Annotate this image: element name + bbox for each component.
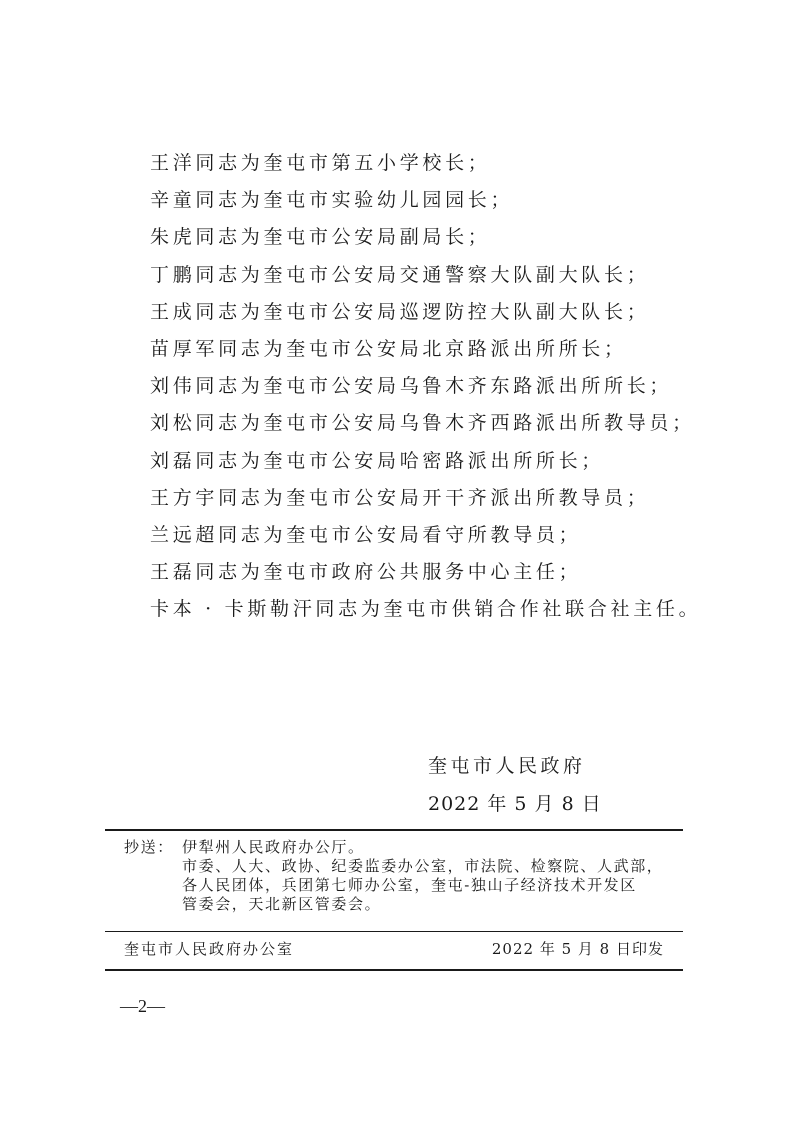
signature-date: 2022 年 5 月 8 日 — [428, 790, 602, 818]
cc-recipient-line: 管委会，天北新区管委会。 — [182, 895, 702, 914]
appointment-item: 刘磊同志为奎屯市公安局哈密路派出所所长； — [150, 447, 750, 484]
issue-top-divider — [105, 931, 683, 932]
issue-date: 2022 年 5 月 8 日印发 — [492, 937, 664, 961]
cc-top-divider — [105, 829, 683, 831]
appointment-item: 王洋同志为奎屯市第五小学校长； — [150, 149, 750, 186]
issue-bottom-divider — [105, 969, 683, 971]
cc-recipient-line: 伊犁州人民政府办公厅。 — [182, 838, 702, 857]
appointment-item: 辛童同志为奎屯市实验幼儿园园长； — [150, 186, 750, 223]
appointment-item: 卡本 · 卡斯勒汗同志为奎屯市供销合作社联合社主任。 — [150, 595, 750, 632]
appointment-list: 王洋同志为奎屯市第五小学校长； 辛童同志为奎屯市实验幼儿园园长； 朱虎同志为奎屯… — [150, 149, 750, 632]
appointment-item: 刘伟同志为奎屯市公安局乌鲁木齐东路派出所所长； — [150, 372, 750, 409]
cc-label: 抄送： — [124, 838, 182, 914]
cc-section: 抄送： 伊犁州人民政府办公厅。 市委、人大、政协、纪委监委办公室，市法院、检察院… — [124, 838, 702, 914]
appointment-item: 丁鹏同志为奎屯市公安局交通警察大队副大队长； — [150, 261, 750, 298]
appointment-item: 刘松同志为奎屯市公安局乌鲁木齐西路派出所教导员； — [150, 409, 750, 446]
appointment-item: 王方宇同志为奎屯市公安局开干齐派出所教导员； — [150, 484, 750, 521]
appointment-item: 兰远超同志为奎屯市公安局看守所教导员； — [150, 521, 750, 558]
page-number: —2— — [120, 994, 165, 1018]
appointment-item: 朱虎同志为奎屯市公安局副局长； — [150, 223, 750, 260]
cc-recipients: 伊犁州人民政府办公厅。 市委、人大、政协、纪委监委办公室，市法院、检察院、人武部… — [182, 838, 702, 914]
issuing-office: 奎屯市人民政府办公室 — [124, 937, 294, 961]
issuer-signature: 奎屯市人民政府 — [428, 752, 586, 780]
appointment-item: 王磊同志为奎屯市政府公共服务中心主任； — [150, 558, 750, 595]
appointment-item: 王成同志为奎屯市公安局巡逻防控大队副大队长； — [150, 298, 750, 335]
appointment-item: 苗厚军同志为奎屯市公安局北京路派出所所长； — [150, 335, 750, 372]
cc-recipient-line: 市委、人大、政协、纪委监委办公室，市法院、检察院、人武部， — [182, 857, 702, 876]
cc-recipient-line: 各人民团体，兵团第七师办公室，奎屯-独山子经济技术开发区 — [182, 876, 702, 895]
